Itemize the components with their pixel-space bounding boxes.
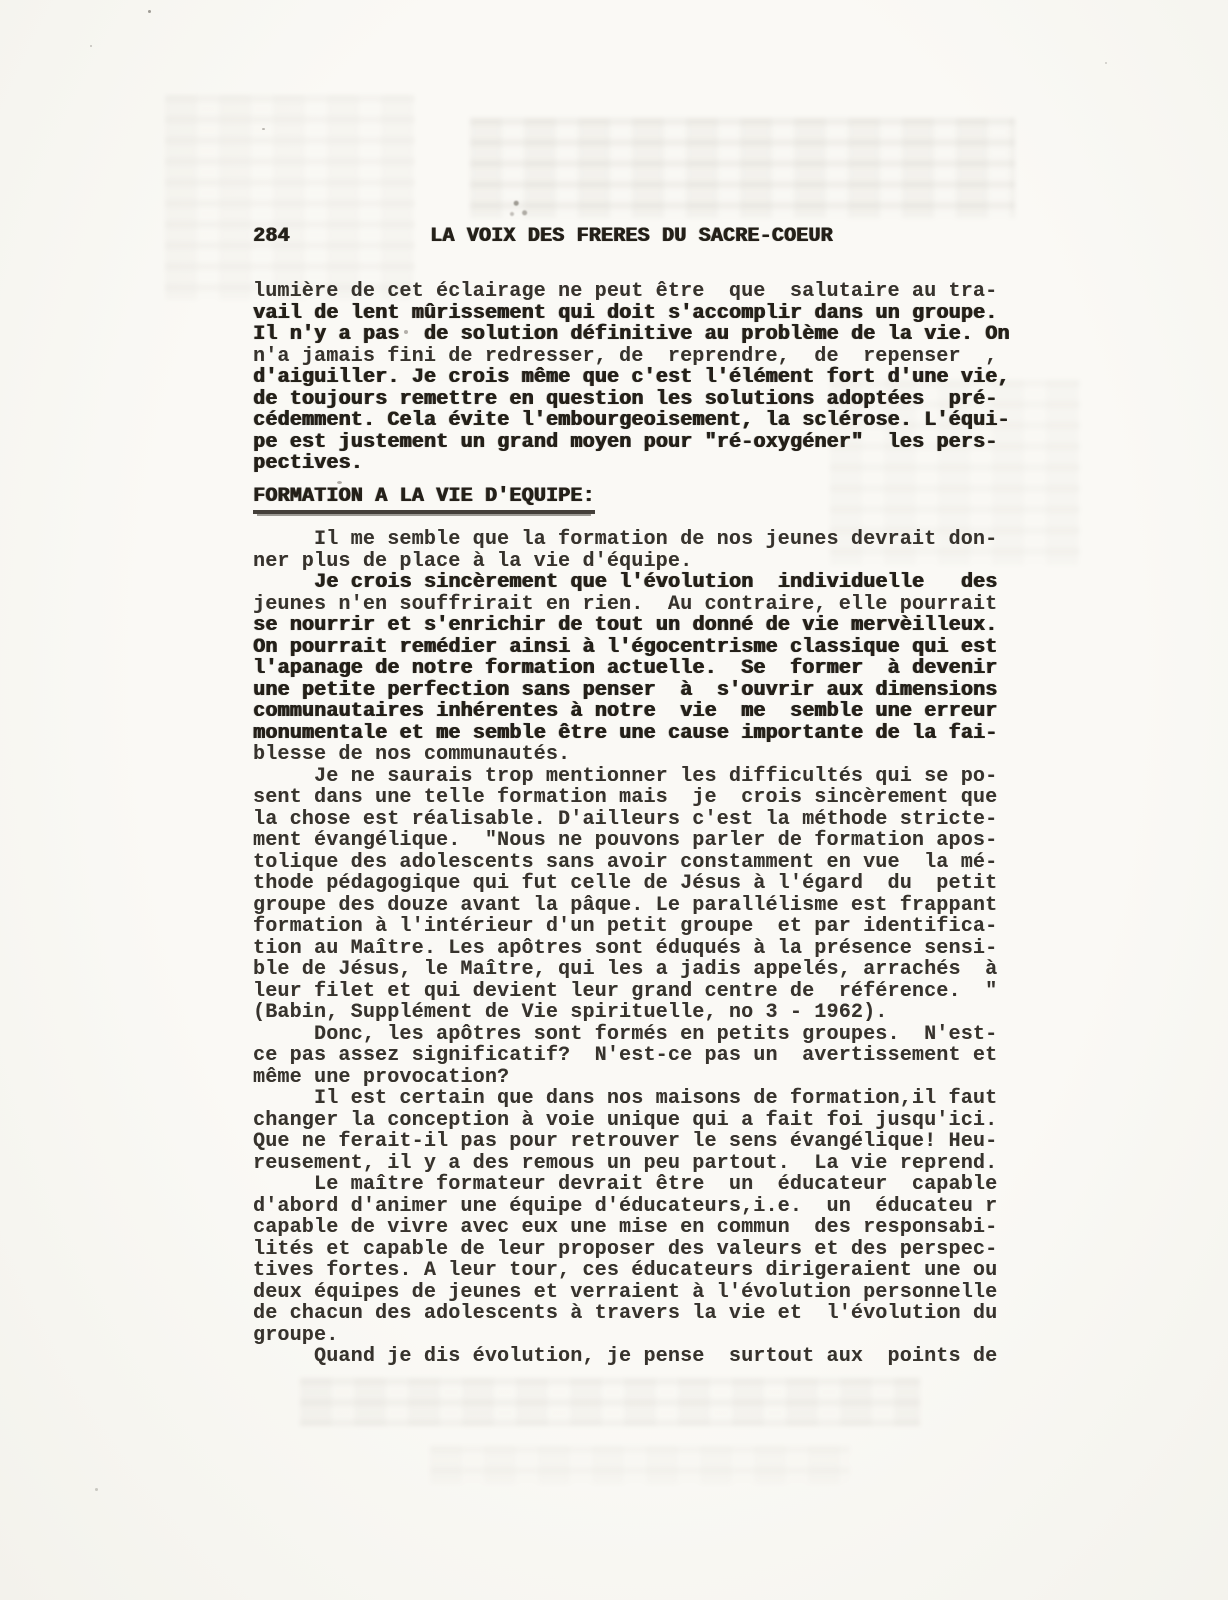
text-line: une petite perfection sans penser à s'ou… <box>253 680 997 702</box>
text-line: la chose est réalisable. D'ailleurs c'es… <box>253 809 997 831</box>
intro-paragraph: lumière de cet éclairage ne peut être qu… <box>253 281 1010 475</box>
text-line: l'apanage de notre formation actuelle. S… <box>253 658 997 680</box>
text-line: monumentale et me semble être une cause … <box>253 723 997 745</box>
bleedthrough-smudge <box>165 95 415 300</box>
text-line: Le maître formateur devrait être un éduc… <box>253 1174 997 1196</box>
journal-title: LA VOIX DES FRERES DU SACRE-COEUR <box>430 226 833 248</box>
bleedthrough-smudge <box>470 118 1015 218</box>
text-line: blesse de nos communautés. <box>253 744 997 766</box>
text-line: de toujours remettre en question les sol… <box>253 389 1010 411</box>
section-heading: FORMATION A LA VIE D'EQUIPE: <box>253 486 595 514</box>
text-line: lumière de cet éclairage ne peut être qu… <box>253 281 1010 303</box>
text-line: d'aiguiller. Je crois même que c'est l'é… <box>253 367 1010 389</box>
text-line: On pourrait remédier ainsi à l'égocentri… <box>253 637 997 659</box>
scanned-page: 284 LA VOIX DES FRERES DU SACRE-COEUR lu… <box>0 0 1228 1600</box>
text-line: jeunes n'en souffrirait en rien. Au cont… <box>253 594 997 616</box>
text-line: ner plus de place à la vie d'équipe. <box>253 551 997 573</box>
text-line: même une provocation? <box>253 1067 997 1089</box>
text-line: groupe. <box>253 1325 997 1347</box>
ink-speck <box>95 1488 98 1491</box>
text-line: capable de vivre avec eux une mise en co… <box>253 1217 997 1239</box>
text-line: d'abord d'animer une équipe d'éducateurs… <box>253 1196 997 1218</box>
text-line: thode pédagogique qui fut celle de Jésus… <box>253 873 997 895</box>
text-line: (Babin, Supplément de Vie spirituelle, n… <box>253 1002 997 1024</box>
text-line: pectives. <box>253 453 1010 475</box>
text-line: tives fortes. A leur tour, ces éducateur… <box>253 1260 997 1282</box>
text-line: Donc, les apôtres sont formés en petits … <box>253 1024 997 1046</box>
text-line: Que ne ferait-il pas pour retrouver le s… <box>253 1131 997 1153</box>
ink-speck <box>337 481 342 484</box>
text-line: deux équipes de jeunes et verraient à l'… <box>253 1282 997 1304</box>
text-line: tolique des adolescents sans avoir const… <box>253 852 997 874</box>
text-line: formation à l'intérieur d'un petit group… <box>253 916 997 938</box>
text-line: lités et capable de leur proposer des va… <box>253 1239 997 1261</box>
ink-smudge <box>505 196 533 220</box>
ink-speck <box>262 128 265 130</box>
text-line: vail de lent mûrissement qui doit s'acco… <box>253 303 1010 325</box>
section-heading-block: FORMATION A LA VIE D'EQUIPE: <box>253 486 595 514</box>
section-body: Il me semble que la formation de nos jeu… <box>253 529 997 1368</box>
page-number: 284 <box>253 226 290 248</box>
text-line: Quand je dis évolution, je pense surtout… <box>253 1346 997 1368</box>
text-line: se nourrir et s'enrichir de tout un donn… <box>253 615 997 637</box>
text-line: tion au Maître. Les apôtres sont éduqués… <box>253 938 997 960</box>
text-line: Il n'y a pas de solution définitive au p… <box>253 324 1010 346</box>
text-line: Il est certain que dans nos maisons de f… <box>253 1088 997 1110</box>
text-line: sent dans une telle formation mais je cr… <box>253 787 997 809</box>
text-line: groupe des douze avant la pâque. Le para… <box>253 895 997 917</box>
text-line: reusement, il y a des remous un peu part… <box>253 1153 997 1175</box>
ink-speck <box>1105 62 1107 64</box>
text-line: cédemment. Cela évite l'embourgeoisement… <box>253 410 1010 432</box>
text-line: changer la conception à voie unique qui … <box>253 1110 997 1132</box>
text-line: pe est justement un grand moyen pour "ré… <box>253 432 1010 454</box>
bleedthrough-smudge <box>300 1378 920 1426</box>
ink-speck <box>148 10 151 13</box>
text-line: Je crois sincèrement que l'évolution ind… <box>253 572 997 594</box>
text-line: ce pas assez significatif? N'est-ce pas … <box>253 1045 997 1067</box>
text-line: ble de Jésus, le Maître, qui les a jadis… <box>253 959 997 981</box>
text-line: n'a jamais fini de redresser, de reprend… <box>253 346 1010 368</box>
text-line: Il me semble que la formation de nos jeu… <box>253 529 997 551</box>
bleedthrough-smudge <box>430 1446 850 1484</box>
text-line: ment évangélique. "Nous ne pouvons parle… <box>253 830 997 852</box>
text-line: communautaires inhérentes à notre vie me… <box>253 701 997 723</box>
text-line: Je ne saurais trop mentionner les diffic… <box>253 766 997 788</box>
ink-speck <box>90 45 92 47</box>
text-line: de chacun des adolescents à travers la v… <box>253 1303 997 1325</box>
text-line: leur filet et qui devient leur grand cen… <box>253 981 997 1003</box>
